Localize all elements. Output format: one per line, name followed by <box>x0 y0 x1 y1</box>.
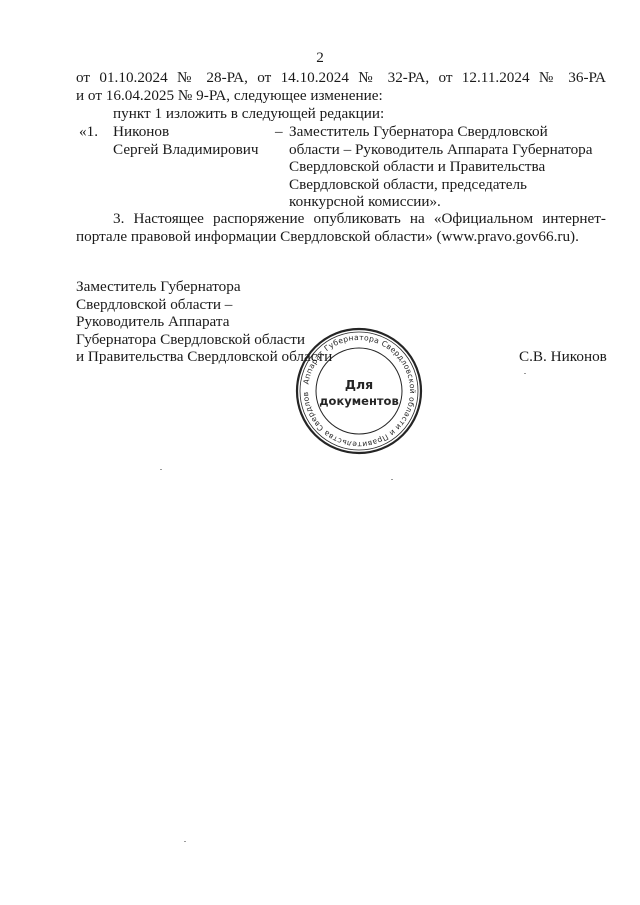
continuation-line-1: от 01.10.2024 № 28-РА, от 14.10.2024 № 3… <box>76 69 606 87</box>
item-position-line: области – Руководитель Аппарата Губернат… <box>289 141 593 159</box>
official-stamp: Аппарат Губернатора Свердловской области… <box>294 326 424 456</box>
stamp-center-line-1: Для <box>345 377 373 392</box>
stamp-center-line-2: документов <box>319 394 398 408</box>
item-position-line: Свердловской области, председатель <box>289 176 593 194</box>
scan-speck <box>391 479 393 480</box>
clause-3-line-2: портале правовой информации Свердловской… <box>76 228 579 246</box>
scan-speck <box>184 841 186 842</box>
item-position-line: конкурсной комиссии». <box>289 193 593 211</box>
signatory-title-line: Свердловской области – <box>76 296 332 314</box>
item-person-name: Никонов Сергей Владимирович <box>113 123 259 158</box>
page-number: 2 <box>0 49 640 66</box>
scan-speck <box>160 469 162 470</box>
continuation-line-2: и от 16.04.2025 № 9-РА, следующее измене… <box>76 87 383 105</box>
item-position: Заместитель Губернатора Свердловской обл… <box>289 123 593 211</box>
signer-name: С.В. Никонов <box>519 348 607 366</box>
item-given-names: Сергей Владимирович <box>113 141 259 159</box>
clause-3-line-1: 3. Настоящее распоряжение опубликовать н… <box>113 210 606 228</box>
item-dash: – <box>275 123 283 141</box>
scan-speck <box>524 373 526 374</box>
item-surname: Никонов <box>113 123 259 141</box>
item-number: «1. <box>79 123 98 141</box>
item-position-line: Свердловской области и Правительства <box>289 158 593 176</box>
signatory-title-line: Заместитель Губернатора <box>76 278 332 296</box>
item-position-line: Заместитель Губернатора Свердловской <box>289 123 593 141</box>
instruction-line: пункт 1 изложить в следующей редакции: <box>113 105 384 123</box>
